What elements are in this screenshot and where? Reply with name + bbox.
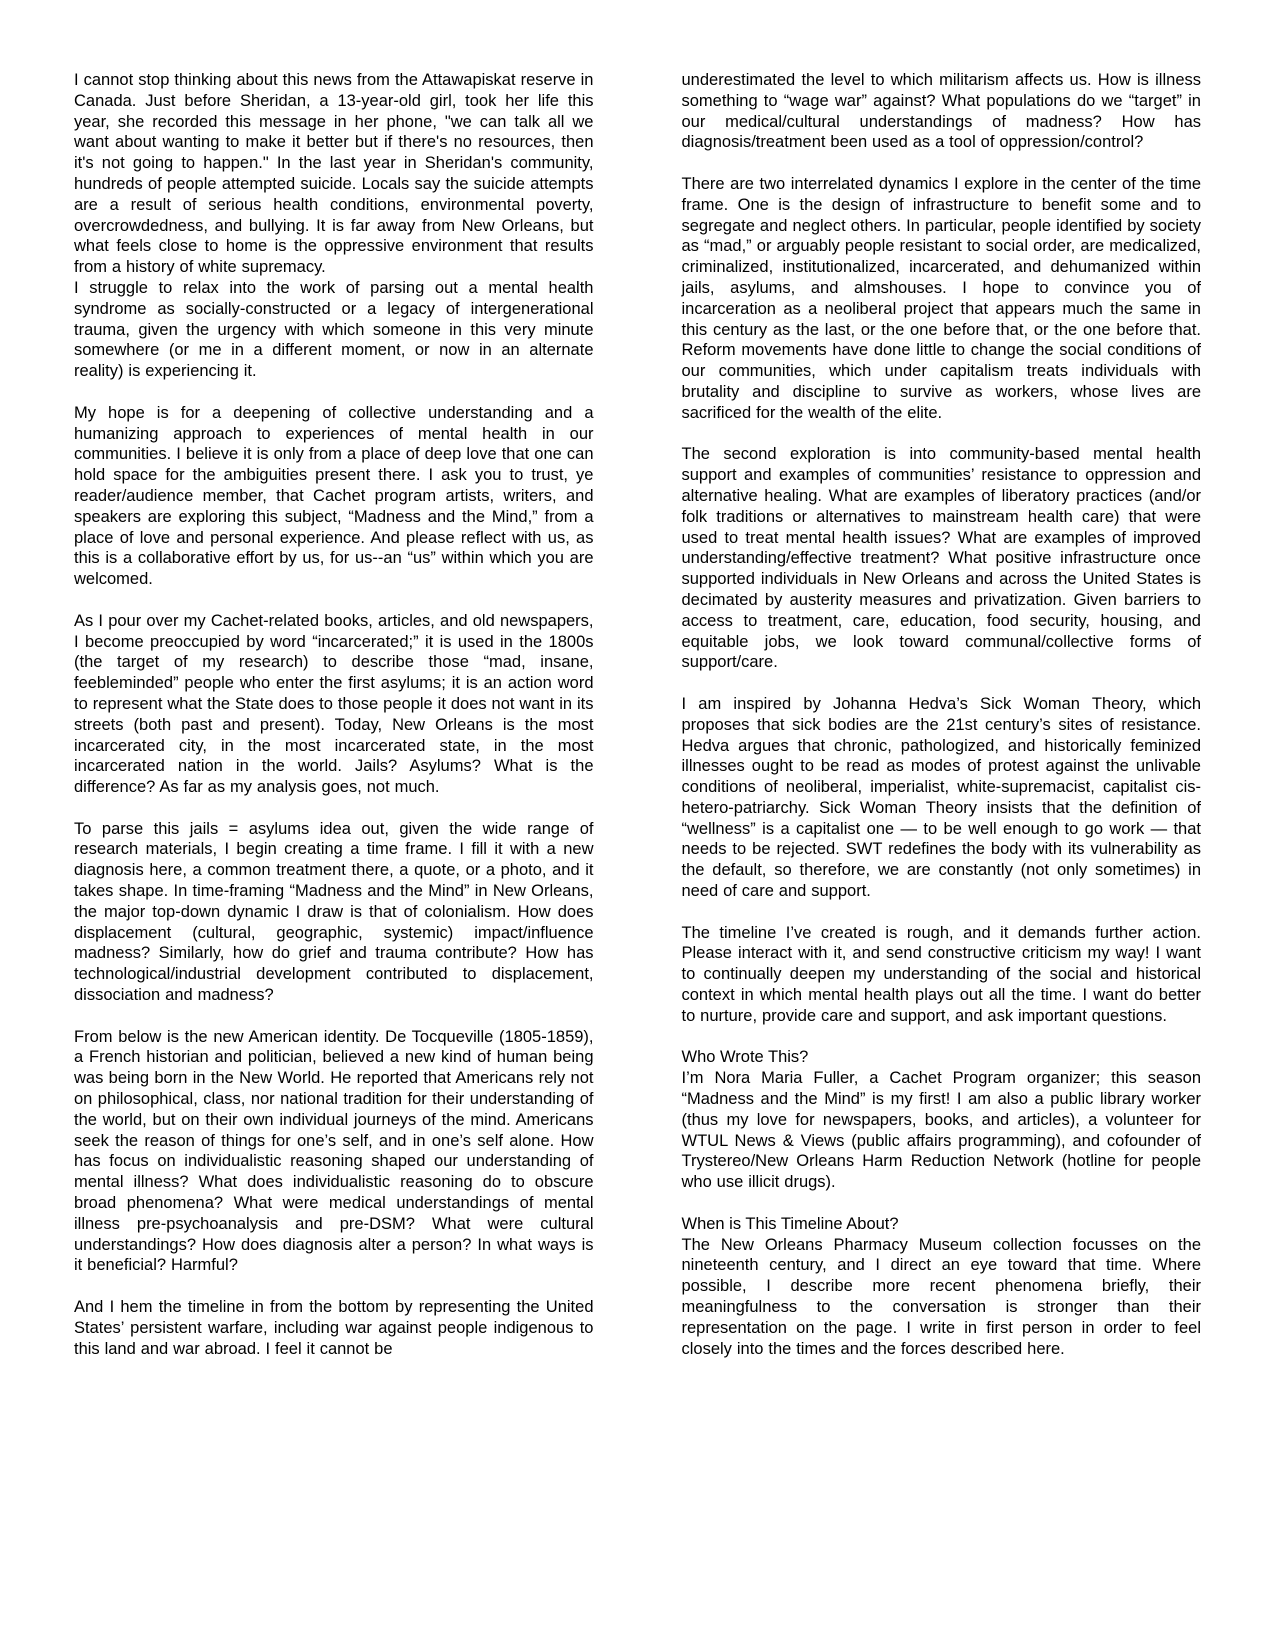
paragraph: I am inspired by Johanna Hedva’s Sick Wo… (682, 694, 1202, 902)
paragraph: I struggle to relax into the work of par… (74, 278, 594, 382)
section-heading-who-wrote-this: Who Wrote This? (682, 1047, 1202, 1068)
paragraph: underestimated the level to which milita… (682, 70, 1202, 153)
left-column: I cannot stop thinking about this news f… (74, 70, 594, 1610)
paragraph: From below is the new American identity.… (74, 1027, 594, 1277)
paragraph: There are two interrelated dynamics I ex… (682, 174, 1202, 424)
paragraph: And I hem the timeline in from the botto… (74, 1297, 594, 1359)
paragraph: I cannot stop thinking about this news f… (74, 70, 594, 278)
paragraph: The second exploration is into community… (682, 444, 1202, 673)
paragraph: The timeline I’ve created is rough, and … (682, 923, 1202, 1027)
paragraph: To parse this jails = asylums idea out, … (74, 819, 594, 1006)
paragraph: The New Orleans Pharmacy Museum collecti… (682, 1235, 1202, 1360)
section-heading-when-is-this-timeline-about: When is This Timeline About? (682, 1214, 1202, 1235)
paragraph: My hope is for a deepening of collective… (74, 403, 594, 590)
document-page: I cannot stop thinking about this news f… (0, 0, 1275, 1650)
right-column: underestimated the level to which milita… (682, 70, 1202, 1610)
paragraph: I’m Nora Maria Fuller, a Cachet Program … (682, 1068, 1202, 1193)
paragraph: As I pour over my Cachet-related books, … (74, 611, 594, 798)
